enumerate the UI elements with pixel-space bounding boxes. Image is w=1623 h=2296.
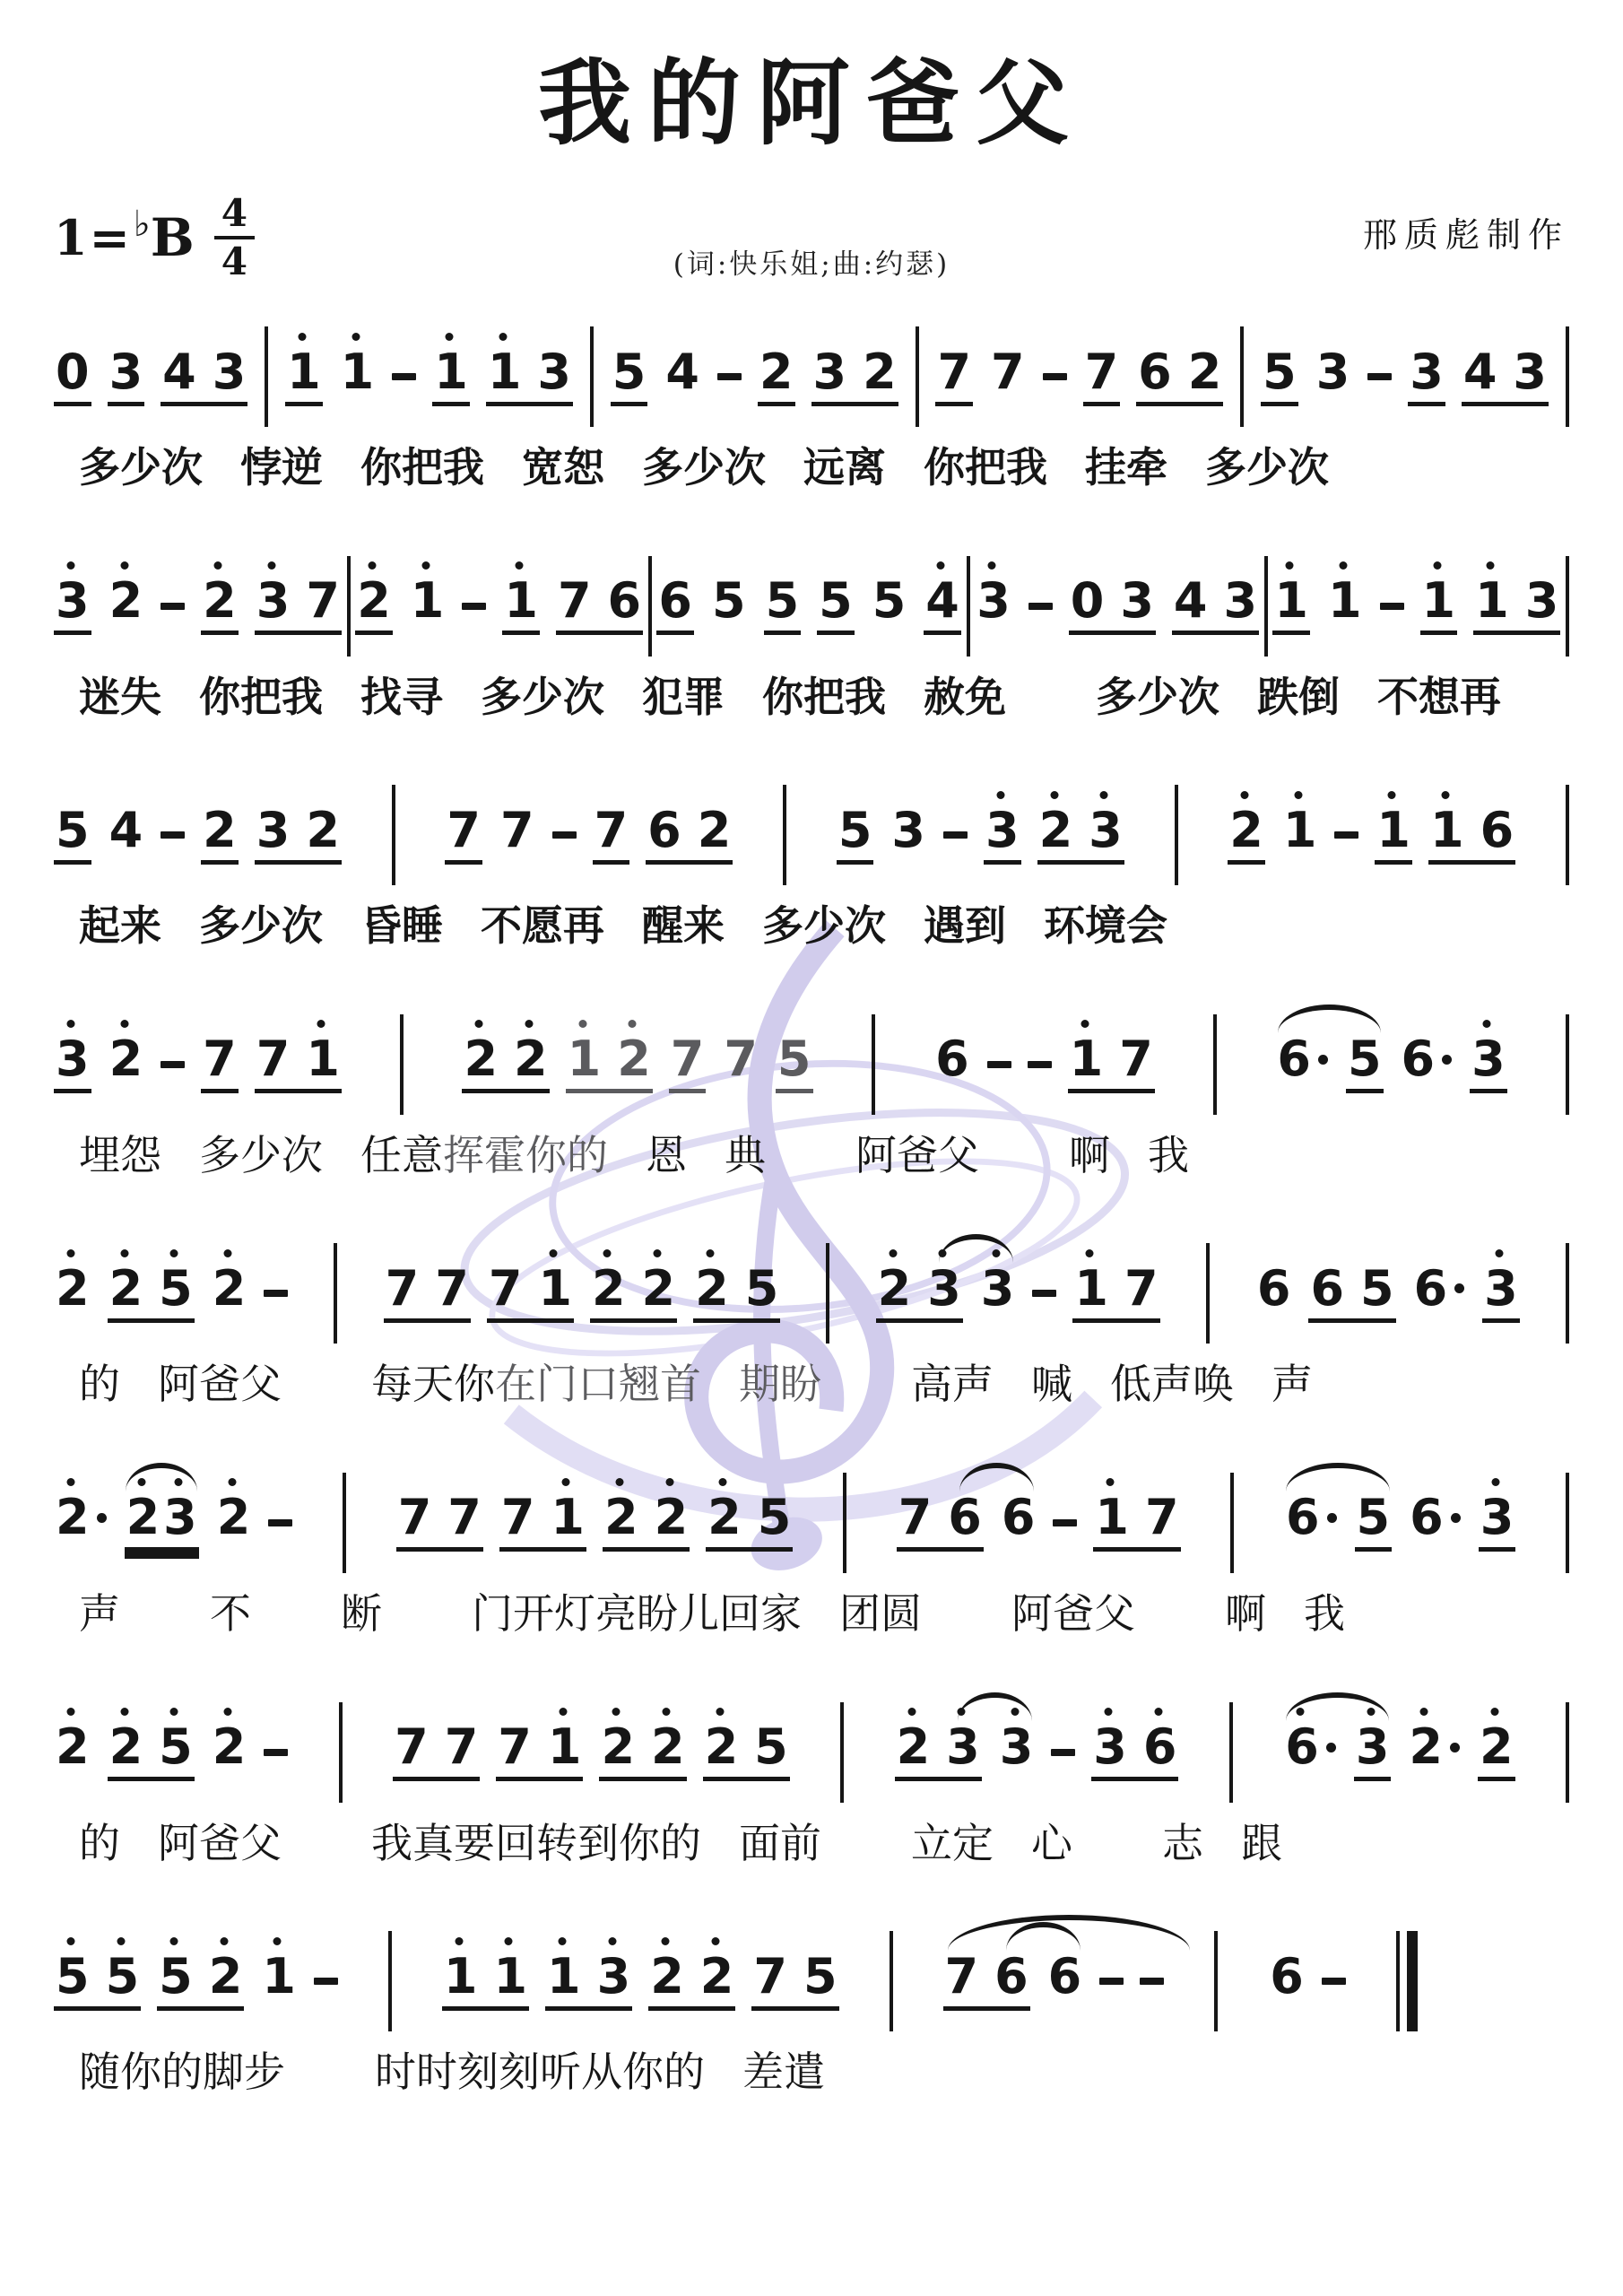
note: 3 xyxy=(213,348,247,396)
note: 7 xyxy=(1119,1035,1153,1083)
note: 3 xyxy=(813,348,847,396)
beam-group: 25 xyxy=(693,1265,780,1323)
note: 2 xyxy=(109,1265,143,1313)
note: 7 xyxy=(501,1493,535,1542)
dash-note xyxy=(1140,1978,1164,1985)
note: 7 xyxy=(489,1265,523,1313)
lyric: 高声 xyxy=(911,1361,994,1407)
note: 3 xyxy=(1093,1723,1127,1771)
lyric: 我 xyxy=(1304,1591,1345,1637)
lyric: 每天你 xyxy=(371,1361,495,1407)
lyric: 多少次 xyxy=(481,674,604,720)
note: 6 xyxy=(1410,1493,1461,1542)
beam-group: 1 xyxy=(1420,577,1458,635)
beam-group: 25 xyxy=(108,1723,195,1781)
measure: 77762 xyxy=(445,806,733,865)
octave-dot-icon xyxy=(958,1708,966,1716)
dash-note xyxy=(1380,603,1404,610)
measure: 6322 xyxy=(1283,1723,1515,1781)
note: 2 xyxy=(695,1265,729,1313)
measure: 11113 xyxy=(285,348,573,406)
note: 3 xyxy=(256,577,291,625)
tie-arc xyxy=(1286,1692,1389,1721)
music-line: 2252777122252331766563的阿爸父每天你在门口翘首期盼高声喊低… xyxy=(54,1243,1569,1407)
note: 6 xyxy=(608,577,642,625)
beam-group: 3 xyxy=(108,348,145,406)
beam-group: 6 xyxy=(656,577,694,635)
barline xyxy=(890,1931,893,2031)
note: 5 xyxy=(754,1723,788,1771)
measure: 766 xyxy=(943,1952,1165,2011)
beam-group: 7 xyxy=(593,806,630,865)
octave-dot-icon xyxy=(299,333,307,341)
octave-dot-icon xyxy=(1420,1708,1428,1716)
note: 4 xyxy=(1463,348,1497,396)
note: 3 xyxy=(985,806,1020,855)
barline xyxy=(1230,1473,1234,1573)
note: 2 xyxy=(650,1952,684,2001)
octave-dot-icon xyxy=(603,1249,611,1257)
dash-note xyxy=(1367,373,1392,380)
music-line: 034311113542327776253343多少次悖逆你把我宽恕多少次远离你… xyxy=(54,326,1569,491)
beam-group: 76 xyxy=(556,577,643,635)
note: 3 xyxy=(1089,806,1123,855)
note: 2 xyxy=(700,1952,734,2001)
barline xyxy=(1566,1014,1569,1115)
beam-group: 1 xyxy=(1375,806,1412,865)
octave-dot-icon xyxy=(267,561,275,570)
note: 5 xyxy=(777,1035,811,1083)
lyric: 任意 xyxy=(360,1133,443,1178)
beam-group: 22 xyxy=(648,1952,735,2011)
beam-group: 32 xyxy=(811,348,898,406)
beam-group: 17 xyxy=(1068,1035,1155,1093)
beam-group: 3 xyxy=(1479,1493,1516,1552)
measure: 53343 xyxy=(1261,348,1549,406)
beam-group: 7 xyxy=(445,806,482,865)
note: 7 xyxy=(753,1952,787,2001)
note: 7 xyxy=(447,1493,482,1542)
lyric: 随你的脚步 xyxy=(79,2049,285,2095)
note: 2 xyxy=(209,1952,243,2001)
beam-group: 3 xyxy=(890,806,927,865)
octave-dot-icon xyxy=(992,1249,1000,1257)
dash-note xyxy=(392,373,416,380)
beam-group: 12 xyxy=(566,1035,653,1093)
note: 6 xyxy=(658,577,692,625)
barline xyxy=(1214,1931,1218,2031)
barline xyxy=(826,1243,829,1344)
lyric: 多少次 xyxy=(1205,445,1329,491)
beam-group: 1 xyxy=(409,577,447,635)
note: 1 xyxy=(1328,577,1362,625)
lyric: 犯罪 xyxy=(642,674,725,720)
lyric: 喊 xyxy=(1031,1361,1072,1407)
beam-group: 6 xyxy=(1283,1723,1338,1781)
note: 1 xyxy=(1283,806,1317,855)
lyrics-row: 起来多少次昏睡不愿再醒来多少次遇到环境会 xyxy=(54,903,1569,949)
beam-group: 11 xyxy=(442,1952,529,2011)
lyrics-row: 多少次悖逆你把我宽恕多少次远离你把我挂牵多少次 xyxy=(54,445,1569,491)
note: 2 xyxy=(213,1723,247,1771)
measure: 54232 xyxy=(54,806,342,865)
final-barline-thin xyxy=(1396,1931,1400,2031)
tie-group: 233 xyxy=(895,1723,1036,1781)
time-signature: 4 4 xyxy=(214,195,255,281)
barline xyxy=(840,1702,844,1803)
note: 5 xyxy=(758,1493,792,1542)
barline xyxy=(1264,556,1268,657)
octave-dot-icon xyxy=(1433,561,1441,570)
dash-note xyxy=(943,831,968,839)
note: 2 xyxy=(109,577,143,625)
time-signature-numerator: 4 xyxy=(214,195,255,239)
octave-dot-icon xyxy=(137,1478,145,1486)
octave-dot-icon xyxy=(67,1249,75,1257)
note: 2 xyxy=(109,1035,143,1083)
octave-dot-icon xyxy=(120,1020,128,1028)
measure: 6563 xyxy=(1275,1035,1506,1093)
beam-group: 71 xyxy=(499,1493,586,1552)
lyric: 阿爸父 xyxy=(1011,1591,1135,1637)
beam-group: 25 xyxy=(108,1265,195,1323)
note: 2 xyxy=(707,1493,742,1542)
measure: 77712225 xyxy=(396,1493,794,1552)
measure: 32771 xyxy=(54,1035,342,1093)
measure: 54232 xyxy=(611,348,898,406)
beam-group: 3 xyxy=(1315,348,1352,406)
notation-row: 225277712225233366322 xyxy=(54,1702,1569,1803)
beam-group: 5 xyxy=(871,577,908,635)
lyric: 我真要回转到你的 xyxy=(371,1821,701,1866)
dash-note xyxy=(268,1519,292,1526)
tie-arc xyxy=(126,1463,197,1492)
beam-group: 22 xyxy=(603,1493,690,1552)
arranger-credit: 邢质彪制作 xyxy=(1363,207,1569,257)
octave-dot-icon xyxy=(1388,791,1396,799)
beam-group: 65 xyxy=(1308,1265,1395,1323)
lyrics-row: 的阿爸父我真要回转到你的面前立定心志跟 xyxy=(54,1821,1569,1866)
augmentation-dot-icon xyxy=(1454,1283,1464,1293)
beam-group: 6 xyxy=(1046,1952,1084,2011)
note: 2 xyxy=(617,1035,651,1083)
note: 2 xyxy=(213,1265,247,1313)
lyric: 醒来 xyxy=(642,903,725,949)
octave-dot-icon xyxy=(616,1478,624,1486)
final-barline xyxy=(1396,1931,1418,2031)
note: 6 xyxy=(948,1493,982,1542)
beam-group: 1 xyxy=(339,348,377,406)
note: 3 xyxy=(976,577,1011,625)
beam-group: 32 xyxy=(255,806,342,865)
music-line: 55521111322757666随你的脚步时时刻刻听从你的差遣 xyxy=(54,1931,1569,2095)
beam-group: 2 xyxy=(201,806,239,865)
beam-group: 22 xyxy=(462,1035,549,1093)
note: 1 xyxy=(262,1952,296,2001)
beam-group: 71 xyxy=(496,1723,583,1781)
octave-dot-icon xyxy=(939,1249,947,1257)
tie-group: 65 xyxy=(1284,1493,1392,1552)
tie-group: 766 xyxy=(943,1952,1084,2011)
beam-group: 23 xyxy=(125,1493,199,1552)
lyric: 挂牵 xyxy=(1085,445,1167,491)
octave-dot-icon xyxy=(1367,1708,1375,1716)
octave-dot-icon xyxy=(67,1020,75,1028)
tie-group: 65 xyxy=(1275,1035,1383,1093)
beam-group: 43 xyxy=(1172,577,1259,635)
note: 1 xyxy=(1274,577,1308,625)
measure: 32237 xyxy=(54,577,342,635)
note: 1 xyxy=(1376,806,1410,855)
lyric: 时时刻刻听从你的 xyxy=(375,2049,705,2095)
beam-group: 77 xyxy=(393,1723,480,1781)
measure: 21176 xyxy=(355,577,643,635)
barline xyxy=(1566,1702,1569,1803)
note: 2 xyxy=(56,1723,90,1771)
note: 1 xyxy=(1095,1493,1129,1542)
note: 2 xyxy=(1409,1723,1460,1771)
note: 5 xyxy=(803,1952,838,2001)
lyric: 你把我 xyxy=(924,445,1047,491)
note: 7 xyxy=(1085,348,1119,396)
note: 4 xyxy=(665,348,699,396)
note: 2 xyxy=(203,806,237,855)
note: 1 xyxy=(341,348,375,396)
lyric: 团圆 xyxy=(839,1591,922,1637)
beam-group: 62 xyxy=(1136,348,1223,406)
augmentation-dot-icon xyxy=(1451,1513,1461,1523)
octave-dot-icon xyxy=(455,1937,463,1945)
note: 7 xyxy=(595,806,629,855)
beam-group: 7 xyxy=(499,806,536,865)
note: 2 xyxy=(863,348,897,396)
note: 7 xyxy=(724,1035,758,1083)
augmentation-dot-icon xyxy=(1318,1055,1328,1065)
dash-note xyxy=(1322,1978,1346,1985)
beam-group: 71 xyxy=(255,1035,342,1093)
dash-note xyxy=(1334,831,1358,839)
octave-dot-icon xyxy=(352,333,360,341)
augmentation-dot-icon xyxy=(1327,1513,1337,1523)
octave-dot-icon xyxy=(1107,1478,1115,1486)
note: 7 xyxy=(256,1035,291,1083)
measure: 2252 xyxy=(54,1265,288,1323)
beam-group: 5 xyxy=(1261,348,1298,406)
music-line: 3277122127756176563埋怨多少次任意挥霍你的恩典阿爸父啊我 xyxy=(54,1014,1569,1178)
note: 1 xyxy=(1422,577,1456,625)
note: 3 xyxy=(981,1265,1015,1313)
lyric: 的 xyxy=(79,1821,120,1866)
note: 5 xyxy=(56,1952,90,2001)
octave-dot-icon xyxy=(214,561,222,570)
sheet-content: 我的阿爸父 1=♭B 4 4 (词:快乐姐;曲:约瑟) 邢质彪制作 034311… xyxy=(0,0,1623,2095)
note: 2 xyxy=(1480,1723,1514,1771)
beam-group: 13 xyxy=(545,1952,632,2011)
tie-arc xyxy=(939,1234,1013,1263)
lyricist-composer-credit: (词:快乐姐;曲:约瑟) xyxy=(673,241,950,282)
note: 2 xyxy=(56,1265,90,1313)
lyric: 在门口翘首 xyxy=(495,1361,701,1407)
octave-dot-icon xyxy=(1154,1708,1162,1716)
octave-dot-icon xyxy=(120,1708,128,1716)
octave-dot-icon xyxy=(505,1937,513,1945)
octave-dot-icon xyxy=(273,1937,282,1945)
barline xyxy=(343,1473,346,1573)
beam-group: 23 xyxy=(876,1265,963,1323)
note: 2 xyxy=(651,1723,685,1771)
note: 6 xyxy=(1286,1493,1337,1542)
note: 3 xyxy=(597,1952,631,2001)
beam-group: 6 xyxy=(1408,1493,1462,1552)
measure: 21116 xyxy=(1228,806,1515,865)
lyric: 你把我 xyxy=(199,674,323,720)
note: 4 xyxy=(109,806,143,855)
octave-dot-icon xyxy=(446,333,454,341)
measure: 2232 xyxy=(54,1493,292,1552)
beam-group: 2 xyxy=(1478,1723,1515,1781)
beam-group: 2 xyxy=(215,1493,253,1552)
octave-dot-icon xyxy=(170,1937,178,1945)
note: 7 xyxy=(306,577,340,625)
barline xyxy=(339,1702,343,1803)
beam-group: 1 xyxy=(260,1952,298,2011)
lyric: 跌倒 xyxy=(1257,674,1340,720)
notation-row: 034311113542327776253343 xyxy=(54,326,1569,427)
dash-note xyxy=(1043,373,1067,380)
beam-group: 3 xyxy=(1470,1035,1507,1093)
lyric: 恩 xyxy=(646,1133,687,1178)
barline xyxy=(334,1243,337,1344)
measure: 0343 xyxy=(54,348,247,406)
note: 4 xyxy=(162,348,196,396)
octave-dot-icon xyxy=(907,1708,916,1716)
beam-group: 76 xyxy=(897,1493,984,1552)
barline xyxy=(843,1473,846,1573)
measure: 23336 xyxy=(895,1723,1179,1781)
lyric: 遇到 xyxy=(924,903,1006,949)
note: 2 xyxy=(203,577,237,625)
note: 6 xyxy=(1310,1265,1344,1313)
octave-dot-icon xyxy=(228,1478,236,1486)
lyric: 不 xyxy=(210,1591,251,1637)
beam-group: 5 xyxy=(837,806,874,865)
note: 7 xyxy=(1124,1265,1159,1313)
lyric: 我 xyxy=(1148,1133,1189,1178)
barline xyxy=(392,785,395,885)
note: 5 xyxy=(159,1265,193,1313)
note: 5 xyxy=(712,577,746,625)
note: 3 xyxy=(1120,577,1154,625)
lyric: 不愿再 xyxy=(481,903,604,949)
lyric: 典 xyxy=(725,1133,766,1178)
beam-group: 7 xyxy=(989,348,1027,406)
augmentation-dot-icon xyxy=(97,1513,107,1523)
octave-dot-icon xyxy=(120,1249,128,1257)
octave-dot-icon xyxy=(67,1937,75,1945)
lyric: 埋怨 xyxy=(79,1133,161,1178)
lyric: 不想再 xyxy=(1377,674,1501,720)
note: 7 xyxy=(898,1493,933,1542)
note: 1 xyxy=(548,1723,582,1771)
barline xyxy=(347,556,351,657)
note: 1 xyxy=(488,348,522,396)
note: 2 xyxy=(878,1265,912,1313)
dash-note xyxy=(264,1290,288,1297)
barline xyxy=(1566,785,1569,885)
dash-note xyxy=(314,1978,338,1985)
lyric: 低声唤 xyxy=(1110,1361,1234,1407)
octave-dot-icon xyxy=(1286,561,1294,570)
barline xyxy=(916,326,919,427)
note: 1 xyxy=(1475,577,1509,625)
lyrics-row: 随你的脚步时时刻刻听从你的差遣 xyxy=(54,2049,1569,2095)
beam-group: 13 xyxy=(1473,577,1560,635)
note: 2 xyxy=(109,1723,143,1771)
notation-row: 223277712225766176563 xyxy=(54,1473,1569,1573)
beam-group: 7 xyxy=(201,1035,239,1093)
note: 3 xyxy=(1410,348,1444,396)
beam-group: 17 xyxy=(1093,1493,1180,1552)
lyric: 跟 xyxy=(1241,1821,1282,1866)
beam-group: 2 xyxy=(201,577,239,635)
note: 6 xyxy=(1402,1035,1453,1083)
music-line: 225277712225233366322的阿爸父我真要回转到你的面前立定心志跟 xyxy=(54,1702,1569,1866)
key-signature: 1=♭B 4 4 xyxy=(54,195,255,281)
lyrics-row: 迷失你把我找寻多少次犯罪你把我赦免多少次跌倒不想再 xyxy=(54,674,1569,720)
lyrics-row: 声不断门开灯亮盼儿回家团圆阿爸父啊我 xyxy=(54,1591,1569,1637)
lyric: 找寻 xyxy=(360,674,443,720)
measure: 77712225 xyxy=(384,1265,781,1323)
beam-group: 5 xyxy=(764,577,802,635)
beam-group: 2 xyxy=(211,1265,248,1323)
dash-note xyxy=(717,373,742,380)
beam-group: 37 xyxy=(255,577,342,635)
music-line: 54232777625332321116起来多少次昏睡不愿再醒来多少次遇到环境会 xyxy=(54,785,1569,949)
beam-group: 55 xyxy=(54,1952,141,2011)
note: 4 xyxy=(1174,577,1208,625)
octave-dot-icon xyxy=(67,1478,75,1486)
octave-dot-icon xyxy=(1050,791,1058,799)
note: 6 xyxy=(647,806,681,855)
song-title: 我的阿爸父 xyxy=(54,49,1569,157)
lyric: 你把我 xyxy=(360,445,484,491)
measure: 66563 xyxy=(1255,1265,1520,1323)
lyric: 多少次 xyxy=(199,903,323,949)
note: 3 xyxy=(1000,1723,1034,1771)
octave-dot-icon xyxy=(317,1020,325,1028)
octave-dot-icon xyxy=(612,1708,621,1716)
octave-dot-icon xyxy=(1294,791,1302,799)
beam-group: 22 xyxy=(599,1723,686,1781)
dash-note xyxy=(1053,1519,1077,1526)
lyric: 起来 xyxy=(79,903,161,949)
lyric: 志 xyxy=(1162,1821,1203,1866)
measure: 30343 xyxy=(975,577,1259,635)
note: 5 xyxy=(159,1723,193,1771)
lyric: 阿爸父 xyxy=(158,1361,282,1407)
beam-group: 77 xyxy=(384,1265,471,1323)
beam-group: 43 xyxy=(1462,348,1549,406)
note: 3 xyxy=(1480,1493,1515,1542)
note: 6 xyxy=(1285,1723,1336,1771)
barline xyxy=(1206,1243,1210,1344)
octave-dot-icon xyxy=(516,561,524,570)
lyric: 门开灯亮盼儿回家 xyxy=(472,1591,802,1637)
octave-dot-icon xyxy=(663,1708,671,1716)
dash-note xyxy=(161,603,185,610)
note: 5 xyxy=(612,348,647,396)
barline xyxy=(388,1931,392,2031)
